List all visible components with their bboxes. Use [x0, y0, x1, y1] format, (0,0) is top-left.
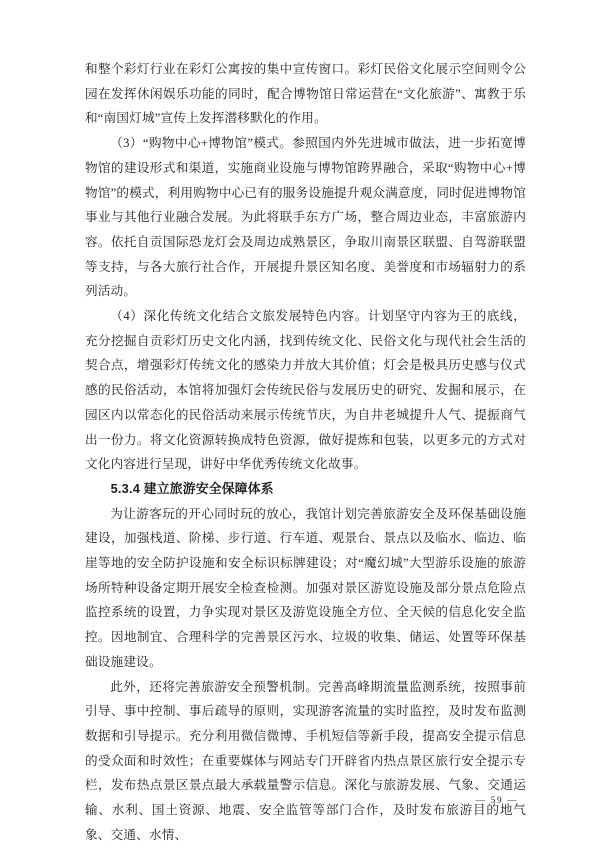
paragraph-item-4: （4）深化传统文化结合文旅发展特色内容。计划坚守内容为王的底线，充分挖掘自贡彩灯… [85, 304, 526, 477]
section-heading-5-3-4: 5.3.4 建立旅游安全保障体系 [85, 477, 526, 502]
paragraph-continued: 和整个彩灯行业在彩灯公寓按的集中宣传窗口。彩灯民俗文化展示空间则令公园在发挥休闲… [85, 57, 526, 131]
page-number: — 59 — [476, 796, 518, 806]
paragraph-safety-warning: 此外，还将完善旅游安全预警机制。完善高峰期流量监测系统，按照事前引导、事中控制、… [85, 675, 526, 848]
paragraph-safety-infrastructure: 为让游客玩的开心同时玩的放心，我馆计划完善旅游安全及环保基础设施建设，加强栈道、… [85, 502, 526, 675]
document-page: 和整个彩灯行业在彩灯公寓按的集中宣传窗口。彩灯民俗文化展示空间则令公园在发挥休闲… [0, 0, 609, 861]
text-block: 和整个彩灯行业在彩灯公寓按的集中宣传窗口。彩灯民俗文化展示空间则令公园在发挥休闲… [85, 57, 526, 848]
paragraph-item-3: （3）“购物中心+博物馆”模式。参照国内外先进城市做法，进一步拓宽博物馆的建设形… [85, 131, 526, 304]
